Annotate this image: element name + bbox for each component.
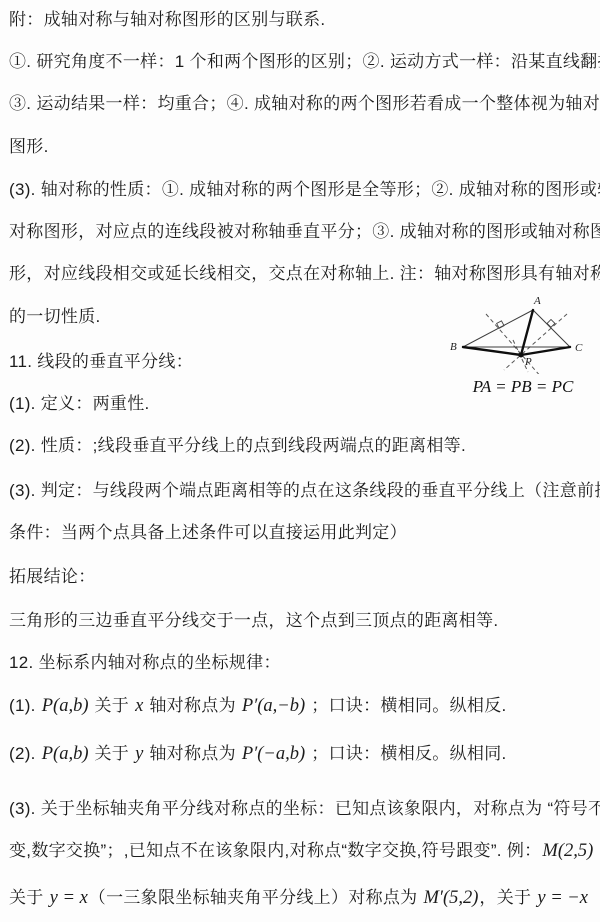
text-segment: 11. 线段的垂直平分线： <box>9 352 193 371</box>
text-segment: 轴对称点为 <box>144 744 241 763</box>
text-line: 关于 y = x（一三象限坐标轴夹角平分线上）对称点为 M′(5,2)，关于 y… <box>9 886 596 910</box>
math-segment: M′(5,2) <box>423 888 480 908</box>
text-segment: ，关于 <box>479 888 536 907</box>
text-segment: 形，对应线段相交或延长线相交，交点在对称轴上. 注：轴对称图形具有轴对称 <box>9 264 600 283</box>
text-line: (2). 性质：;线段垂直平分线上的点到线段两端点的距离相等. <box>9 434 596 457</box>
text-line: 变,数字交换”；,已知点不在该象限内,对称点“数字交换,符号跟变”. 例：M(2… <box>9 839 596 863</box>
math-segment: y = x <box>49 888 89 908</box>
text-segment: 条件：当两个点具备上述条件可以直接运用此判定） <box>9 523 407 542</box>
text-segment: 附：成轴对称与轴对称图形的区别与联系. <box>9 10 325 29</box>
text-segment: 关于 <box>9 888 49 907</box>
vertex-a-label: A <box>533 295 541 307</box>
text-line: 条件：当两个点具备上述条件可以直接运用此判定） <box>9 521 596 544</box>
text-line: 对称图形，对应点的连线段被对称轴垂直平分；③. 成轴对称的图形或轴对称图 <box>9 220 596 243</box>
math-segment: P(a,b) <box>41 696 90 716</box>
text-segment: (1). 定义：两重性. <box>9 394 150 413</box>
math-segment: P′(−a,b) <box>241 744 306 764</box>
text-segment: 对称图形，对应点的连线段被对称轴垂直平分；③. 成轴对称的图形或轴对称图 <box>9 222 600 241</box>
text-line: 12. 坐标系内轴对称点的坐标规律： <box>9 651 596 674</box>
text-segment: (1). <box>9 696 41 715</box>
text-segment: 变,数字交换”；,已知点不在该象限内,对称点“数字交换,符号跟变”. 例： <box>9 841 541 860</box>
text-line: 形，对应线段相交或延长线相交，交点在对称轴上. 注：轴对称图形具有轴对称 <box>9 262 596 285</box>
text-segment: (2). <box>9 744 41 763</box>
text-line: (3). 判定：与线段两个端点距离相等的点在这条线段的垂直平分线上（注意前提 <box>9 479 596 502</box>
text-segment: 关于 <box>89 744 134 763</box>
text-line: 三角形的三边垂直平分线交于一点，这个点到三顶点的距离相等. <box>9 609 596 632</box>
text-segment: (3). 关于坐标轴夹角平分线对称点的坐标：已知点该象限内，对称点为 “符号不 <box>9 799 600 818</box>
text-line: 图形. <box>9 135 596 158</box>
perpendicular-bisector-figure: A B C P PA = PB = PC <box>448 288 598 397</box>
text-line: ③. 运动结果一样：均重合；④. 成轴对称的两个图形若看成一个整体视为轴对称 <box>9 92 596 115</box>
point-p-dot <box>519 353 524 358</box>
text-line: (3). 关于坐标轴夹角平分线对称点的坐标：已知点该象限内，对称点为 “符号不 <box>9 797 596 820</box>
text-segment: 图形. <box>9 137 49 156</box>
text-segment: (2). 性质：;线段垂直平分线上的点到线段两端点的距离相等. <box>9 436 466 455</box>
text-line: 附：成轴对称与轴对称图形的区别与联系. <box>9 8 596 31</box>
text-segment: ；口诀：横相反。纵相同. <box>306 744 506 763</box>
text-segment: 拓展结论： <box>9 567 96 586</box>
text-segment: 12. 坐标系内轴对称点的坐标规律： <box>9 653 281 672</box>
text-line: 拓展结论： <box>9 565 596 588</box>
text-segment: (3). 判定：与线段两个端点距离相等的点在这条线段的垂直平分线上（注意前提 <box>9 481 600 500</box>
text-line: (3). 轴对称的性质：①. 成轴对称的两个图形是全等形；②. 成轴对称的图形或… <box>9 178 596 201</box>
vertex-b-label: B <box>450 341 457 353</box>
math-segment: x <box>134 696 144 716</box>
text-segment: 轴对称点为 <box>144 696 241 715</box>
document-page: 附：成轴对称与轴对称图形的区别与联系.①. 研究角度不一样：1 个和两个图形的区… <box>0 0 600 922</box>
triangle-circumcenter-diagram: A B C P <box>448 288 598 374</box>
math-segment: y <box>134 744 144 764</box>
text-segment: ③. 运动结果一样：均重合；④. 成轴对称的两个图形若看成一个整体视为轴对称 <box>9 94 600 113</box>
vertex-c-label: C <box>575 342 583 354</box>
math-segment: P′(a,−b) <box>241 696 306 716</box>
text-segment: （一三象限坐标轴夹角平分线上）对称点为 <box>89 888 423 907</box>
text-segment: (3). 轴对称的性质：①. 成轴对称的两个图形是全等形；②. 成轴对称的图形或… <box>9 180 600 199</box>
text-segment: （二 <box>589 888 600 907</box>
text-line: ①. 研究角度不一样：1 个和两个图形的区别；②. 运动方式一样：沿某直线翻折； <box>9 50 596 73</box>
text-line: (1). P(a,b) 关于 x 轴对称点为 P′(a,−b) ；口诀：横相同。… <box>9 694 596 718</box>
text-segment: ①. 研究角度不一样：1 个和两个图形的区别；②. 运动方式一样：沿某直线翻折； <box>9 52 600 71</box>
math-segment: P(a,b) <box>41 744 90 764</box>
text-segment: ；口诀：横相同。纵相反. <box>306 696 506 715</box>
text-line: (2). P(a,b) 关于 y 轴对称点为 P′(−a,b) ；口诀：横相反。… <box>9 742 596 766</box>
figure-equation: PA = PB = PC <box>448 377 598 397</box>
text-segment: 的一切性质. <box>9 307 101 326</box>
right-angle-marks <box>497 320 555 329</box>
math-segment: y = −x <box>536 888 589 908</box>
point-p-label: P <box>524 356 532 368</box>
text-segment: 三角形的三边垂直平分线交于一点，这个点到三顶点的距离相等. <box>9 611 498 630</box>
triangle-edges <box>463 310 570 347</box>
math-segment: M(2,5) <box>541 841 594 861</box>
text-segment: 关于 <box>89 696 134 715</box>
